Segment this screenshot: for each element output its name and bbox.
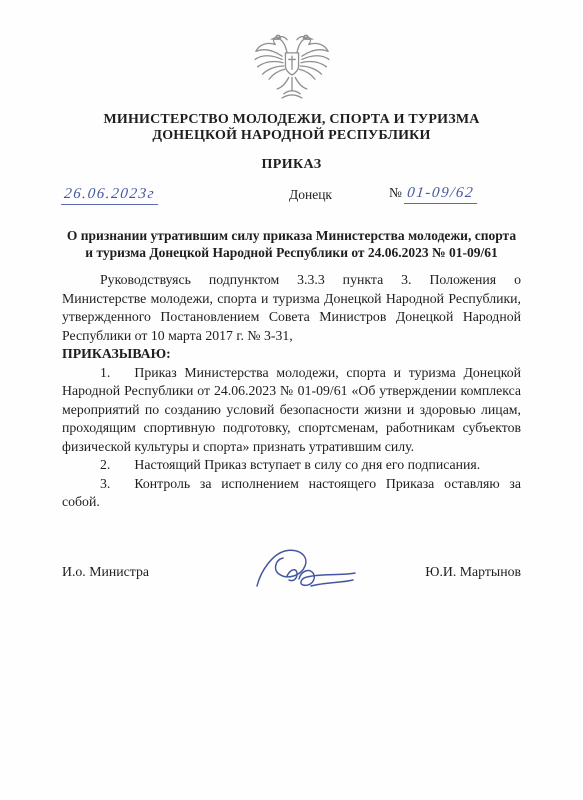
city-label: Донецк	[232, 187, 389, 205]
preamble-paragraph: Руководствуясь подпунктом 3.3.3 пункта 3…	[62, 271, 521, 345]
order-body: Руководствуясь подпунктом 3.3.3 пункта 3…	[62, 271, 521, 512]
item-1-text: Приказ Министерства молодежи, спорта и т…	[62, 365, 521, 454]
item-2-number: 2.	[100, 457, 110, 472]
order-number-field: № 01-09/62	[389, 185, 521, 205]
item-2-text: Настоящий Приказ вступает в силу со дня …	[134, 457, 480, 472]
handwritten-date: 26.06.2023г	[61, 186, 160, 205]
order-item-2: 2.Настоящий Приказ вступает в силу со дн…	[62, 456, 521, 475]
ministry-name-line1: МИНИСТЕРСТВО МОЛОДЕЖИ, СПОРТА И ТУРИЗМА	[62, 112, 521, 128]
ministry-name-line2: ДОНЕЦКОЙ НАРОДНОЙ РЕСПУБЛИКИ	[62, 128, 521, 144]
order-subject: О признании утратившим силу приказа Мини…	[62, 227, 521, 261]
item-3-number: 3.	[100, 476, 110, 491]
signature-block: И.о. Министра Ю.И. Мартынов	[62, 546, 521, 598]
handwritten-order-number: 01-09/62	[404, 185, 479, 204]
date-city-number-row: 26.06.2023г Донецк № 01-09/62	[62, 185, 521, 205]
scanned-order-document: МИНИСТЕРСТВО МОЛОДЕЖИ, СПОРТА И ТУРИЗМА …	[0, 0, 583, 800]
order-item-1: 1.Приказ Министерства молодежи, спорта и…	[62, 364, 521, 457]
signer-name: Ю.И. Мартынов	[401, 564, 521, 580]
document-type-title: ПРИКАЗ	[62, 157, 521, 173]
order-word: ПРИКАЗЫВАЮ:	[62, 345, 521, 364]
item-1-number: 1.	[100, 365, 110, 380]
number-sign-label: №	[389, 185, 402, 200]
order-item-3: 3.Контроль за исполнением настоящего При…	[62, 475, 521, 512]
ministry-name: МИНИСТЕРСТВО МОЛОДЕЖИ, СПОРТА И ТУРИЗМА …	[62, 112, 521, 144]
dnr-coat-of-arms-icon	[251, 28, 333, 104]
handwritten-signature	[251, 546, 363, 598]
item-3-text: Контроль за исполнением настоящего Прика…	[62, 476, 521, 510]
signer-position: И.о. Министра	[62, 564, 212, 580]
date-field: 26.06.2023г	[62, 186, 232, 205]
